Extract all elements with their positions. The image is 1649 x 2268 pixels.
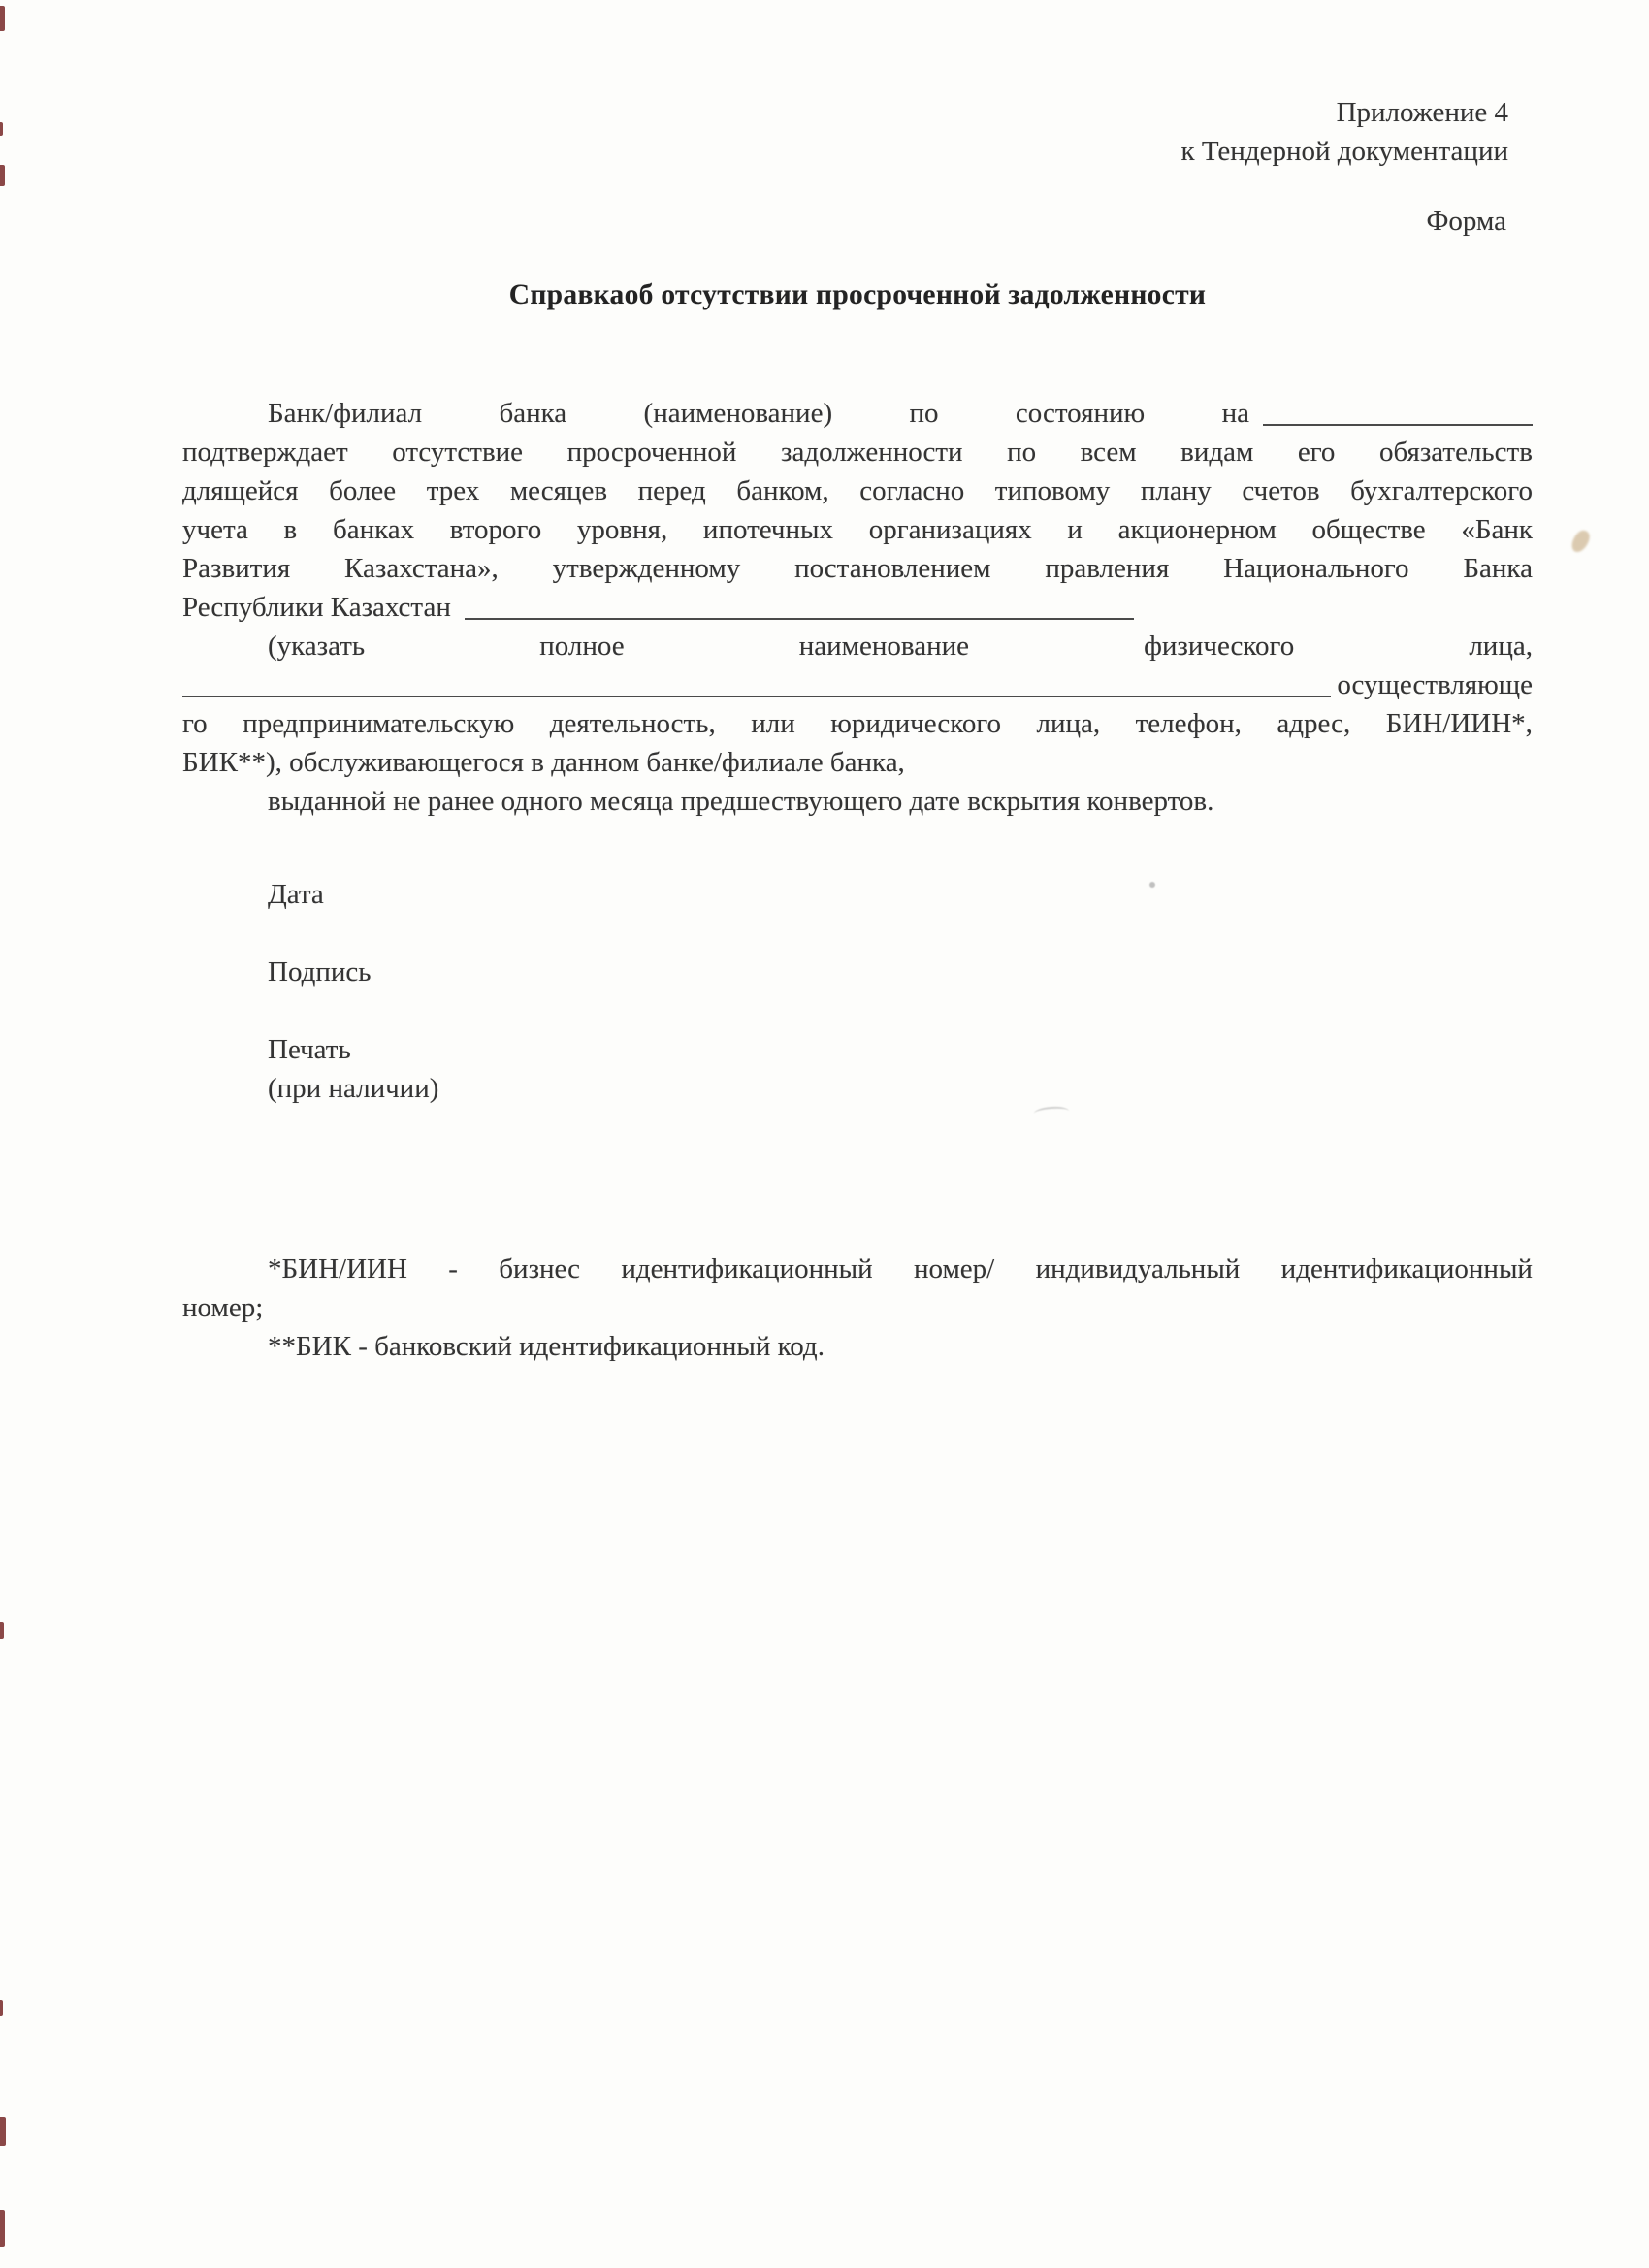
paragraph-line-10: БИК**), обслуживающегося в данном банке/… — [182, 743, 1533, 782]
paragraph-line-8: осуществляюще — [182, 665, 1533, 704]
paragraph-line-11: выданной не ранее одного месяца предшест… — [182, 782, 1533, 821]
date-label: Дата — [268, 875, 438, 914]
appendix-line-2: к Тендерной документации — [1180, 132, 1508, 171]
paragraph-line-5: РазвитияКазахстана»,утвержденномупостано… — [182, 549, 1533, 588]
footnote-line-1: *БИН/ИИН-бизнесидентификационныйномер/ин… — [182, 1249, 1533, 1288]
main-paragraph: Банк/филиалбанка(наименование)посостояни… — [182, 394, 1533, 821]
paragraph-line-6-text: Республики Казахстан — [182, 588, 451, 627]
form-label: Форма — [1427, 206, 1507, 238]
seal-note: (при наличии) — [268, 1069, 438, 1108]
footnote-line-2: номер; — [182, 1288, 1533, 1327]
scan-edge-mark — [0, 2210, 5, 2247]
scan-edge-mark — [0, 6, 5, 31]
scan-speck — [1149, 882, 1155, 888]
document-title: Справкаоб отсутствии просроченной задолж… — [182, 279, 1533, 311]
signature-block: Дата Подпись Печать (при наличии) — [182, 875, 438, 1108]
paragraph-line-2: подтверждаетотсутствиепросроченнойзадолж… — [182, 433, 1533, 471]
fill-in-blank-name — [182, 694, 1331, 697]
paragraph-line-1-text: Банк/филиалбанка(наименование)посостояни… — [268, 394, 1249, 433]
paragraph-line-3: длящейсяболеетрехмесяцевпередбанком,согл… — [182, 471, 1533, 510]
seal-label: Печать — [268, 1030, 438, 1069]
scan-edge-mark — [0, 122, 3, 136]
paper-stain — [1568, 528, 1593, 555]
appendix-line-1: Приложение 4 — [1180, 93, 1508, 132]
paragraph-line-7: (указатьполноенаименованиефизическоголиц… — [182, 627, 1533, 665]
paragraph-line-8-text: осуществляюще — [1337, 665, 1533, 704]
fill-in-blank-resolution — [465, 616, 1134, 620]
paragraph-line-6: Республики Казахстан — [182, 588, 1533, 627]
footnote-line-3: **БИК - банковский идентификационный код… — [182, 1327, 1533, 1366]
paragraph-line-1: Банк/филиалбанка(наименование)посостояни… — [182, 394, 1533, 433]
signature-label: Подпись — [268, 953, 438, 991]
scan-edge-mark — [0, 165, 5, 186]
appendix-block: Приложение 4 к Тендерной документации — [1180, 93, 1508, 171]
scanned-document-page: Приложение 4 к Тендерной документации Фо… — [0, 0, 1649, 2268]
scan-edge-mark — [0, 2117, 6, 2146]
paragraph-line-4: учетавбанкахвторогоуровня,ипотечныхорган… — [182, 510, 1533, 549]
scan-edge-mark — [0, 1622, 4, 1639]
footnotes-block: *БИН/ИИН-бизнесидентификационныйномер/ин… — [182, 1249, 1533, 1366]
scan-squiggle — [1034, 1106, 1070, 1118]
paragraph-line-9: гопредпринимательскуюдеятельность,илиюри… — [182, 704, 1533, 743]
scan-edge-mark — [0, 2000, 3, 2016]
fill-in-blank-date — [1263, 422, 1533, 426]
